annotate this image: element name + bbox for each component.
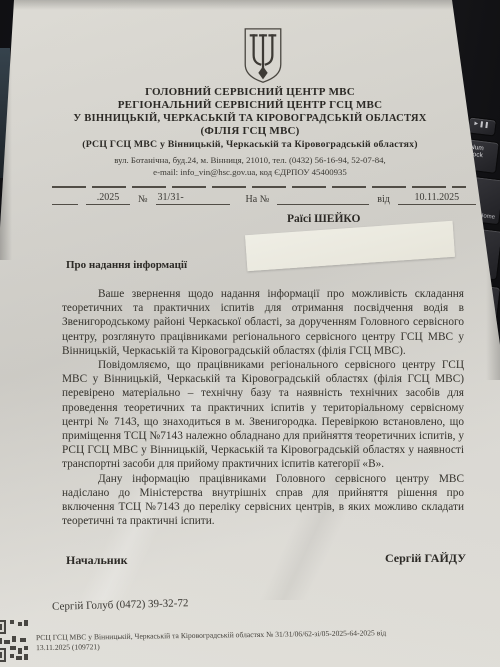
letter-body: Ваше звернення щодо надання інформації п…	[62, 287, 464, 528]
org-email-edrpou: e-mail: info_vin@hsc.gov.ua, код ЄДРПОУ …	[28, 167, 472, 179]
media-key: ►❚❚	[467, 116, 497, 136]
org-contact-block: вул. Ботанічна, буд.24, м. Вінниця, 2101…	[28, 155, 472, 178]
outgoing-number-field: 31/31-	[156, 192, 230, 205]
year-field: .2025	[86, 192, 130, 205]
org-name-line5: (РСЦ ГСЦ МВС у Вінницькій, Черкаській та…	[28, 138, 472, 151]
number-label: №	[138, 194, 148, 205]
registration-footer: РСЦ ГСЦ МВС у Вінницькій, Черкаській та …	[36, 627, 480, 652]
reply-number-label: На №	[246, 194, 270, 205]
org-address: вул. Ботанічна, буд.24, м. Вінниця, 2101…	[28, 155, 472, 167]
paragraph-3: Дану інформацію працівниками Головного с…	[62, 472, 464, 529]
photo-of-document-on-laptop: ►❚❚ NumLock 7 Home 4 1 ГОЛОВН	[0, 0, 500, 667]
document-date: 10.11.2025	[398, 192, 476, 205]
paper-edge-shadow	[0, 0, 500, 10]
org-name-line2: РЕГІОНАЛЬНИЙ СЕРВІСНИЙ ЦЕНТР ГСЦ МВС	[28, 99, 472, 112]
subject-line: Про надання інформації	[66, 259, 187, 271]
blank-date-field	[52, 192, 78, 205]
qr-code	[0, 620, 30, 662]
recipient-name: Раїсі ШЕЙКО	[287, 213, 360, 225]
letterhead-divider	[52, 186, 466, 188]
letterhead: ГОЛОВНИЙ СЕРВІСНИЙ ЦЕНТР МВС РЕГІОНАЛЬНИ…	[28, 86, 472, 151]
from-date-label: від	[377, 194, 390, 205]
media-key-label: ►❚❚	[473, 120, 490, 129]
reply-number-field	[277, 192, 369, 205]
executor-contact: Сергій Голуб (0472) 39-32-72	[52, 597, 189, 613]
document-paper: ГОЛОВНИЙ СЕРВІСНИЙ ЦЕНТР МВС РЕГІОНАЛЬНИ…	[0, 0, 500, 667]
ukraine-trident-emblem	[242, 27, 284, 85]
org-name-line1: ГОЛОВНИЙ СЕРВІСНИЙ ЦЕНТР МВС	[28, 86, 472, 99]
org-name-line4: (ФІЛІЯ ГСЦ МВС)	[28, 125, 472, 138]
redaction-strip	[245, 221, 455, 271]
signer-position: Начальник	[66, 553, 128, 568]
org-name-line3: У ВІННИЦЬКІЙ, ЧЕРКАСЬКІЙ ТА КІРОВОГРАДСЬ…	[28, 112, 472, 125]
reference-line: .2025№31/31-На №від10.11.2025	[52, 192, 466, 205]
signer-name: Сергій ГАЙДУ	[385, 551, 466, 566]
paragraph-1: Ваше звернення щодо надання інформації п…	[62, 287, 464, 358]
paragraph-2: Повідомляємо, що працівниками регіональн…	[62, 358, 464, 472]
